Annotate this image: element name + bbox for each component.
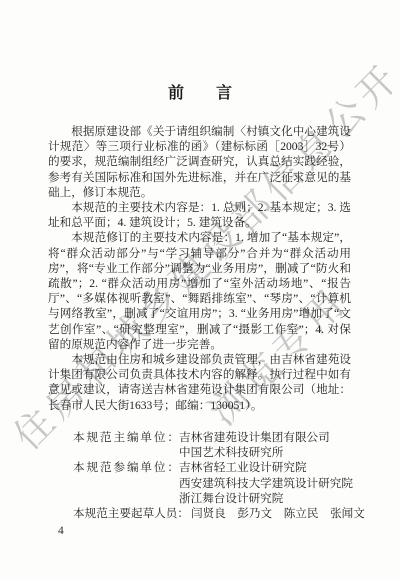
- credit-values-drafters: 闫贤良 彭乃文 陈立民 张闻文: [191, 506, 365, 521]
- credit-value: 中国艺术科技研究所: [179, 445, 330, 460]
- credit-values-participating-units: 吉林省轻工业设计研究院 西安建筑科技大学建筑设计研究院 浙江舞台设计研究院: [179, 460, 353, 506]
- paragraph-basis: 根据原建设部《关于请组织编制〈村镇文化中心建筑设计规范〉等三项行业标准的函》（建…: [48, 124, 351, 200]
- credit-value: 浙江舞台设计研究院: [179, 491, 353, 506]
- credit-label-chief-editor: 本规范主编单位：: [73, 430, 179, 445]
- page-title: 前 言: [0, 80, 400, 103]
- credit-label-drafters: 本规范主要起草人员：: [73, 506, 189, 521]
- credit-value: 西安建筑科技大学建筑设计研究院: [179, 476, 353, 491]
- document-page: 住房和城乡建设部信息公开 浏览专用 前 言 根据原建设部《关于请组织编制〈村镇文…: [0, 0, 400, 579]
- credit-values-chief-editor: 吉林省建苑设计集团有限公司 中国艺术科技研究所: [179, 430, 330, 460]
- paragraph-main-contents: 本规范的主要技术内容是：1. 总则；2. 基本规定；3. 选址和总平面；4. 建…: [48, 200, 351, 230]
- credits-block: 本规范主编单位： 吉林省建苑设计集团有限公司 中国艺术科技研究所 本规范参编单位…: [73, 430, 373, 521]
- credit-row-drafters: 本规范主要起草人员： 闫贤良 彭乃文 陈立民 张闻文: [73, 506, 373, 521]
- paragraph-administration: 本规范由住房和城乡建设部负责管理，由吉林省建苑设计集团有限公司负责具体技术内容的…: [48, 352, 351, 413]
- credit-label-participating-units: 本规范参编单位：: [73, 460, 179, 475]
- paragraph-revision-contents: 本规范修订的主要技术内容是：1. 增加了“基本规定”，将“群众活动部分”与“学习…: [48, 230, 351, 352]
- credit-value: 吉林省轻工业设计研究院: [179, 460, 353, 475]
- foreword-body: 根据原建设部《关于请组织编制〈村镇文化中心建筑设计规范〉等三项行业标准的函》（建…: [48, 124, 351, 413]
- credit-row-chief-editor: 本规范主编单位： 吉林省建苑设计集团有限公司 中国艺术科技研究所: [73, 430, 373, 460]
- credit-value: 闫贤良 彭乃文 陈立民 张闻文: [191, 506, 365, 521]
- credit-row-participating-units: 本规范参编单位： 吉林省轻工业设计研究院 西安建筑科技大学建筑设计研究院 浙江舞…: [73, 460, 373, 506]
- page-number: 4: [58, 525, 64, 537]
- credit-value: 吉林省建苑设计集团有限公司: [179, 430, 330, 445]
